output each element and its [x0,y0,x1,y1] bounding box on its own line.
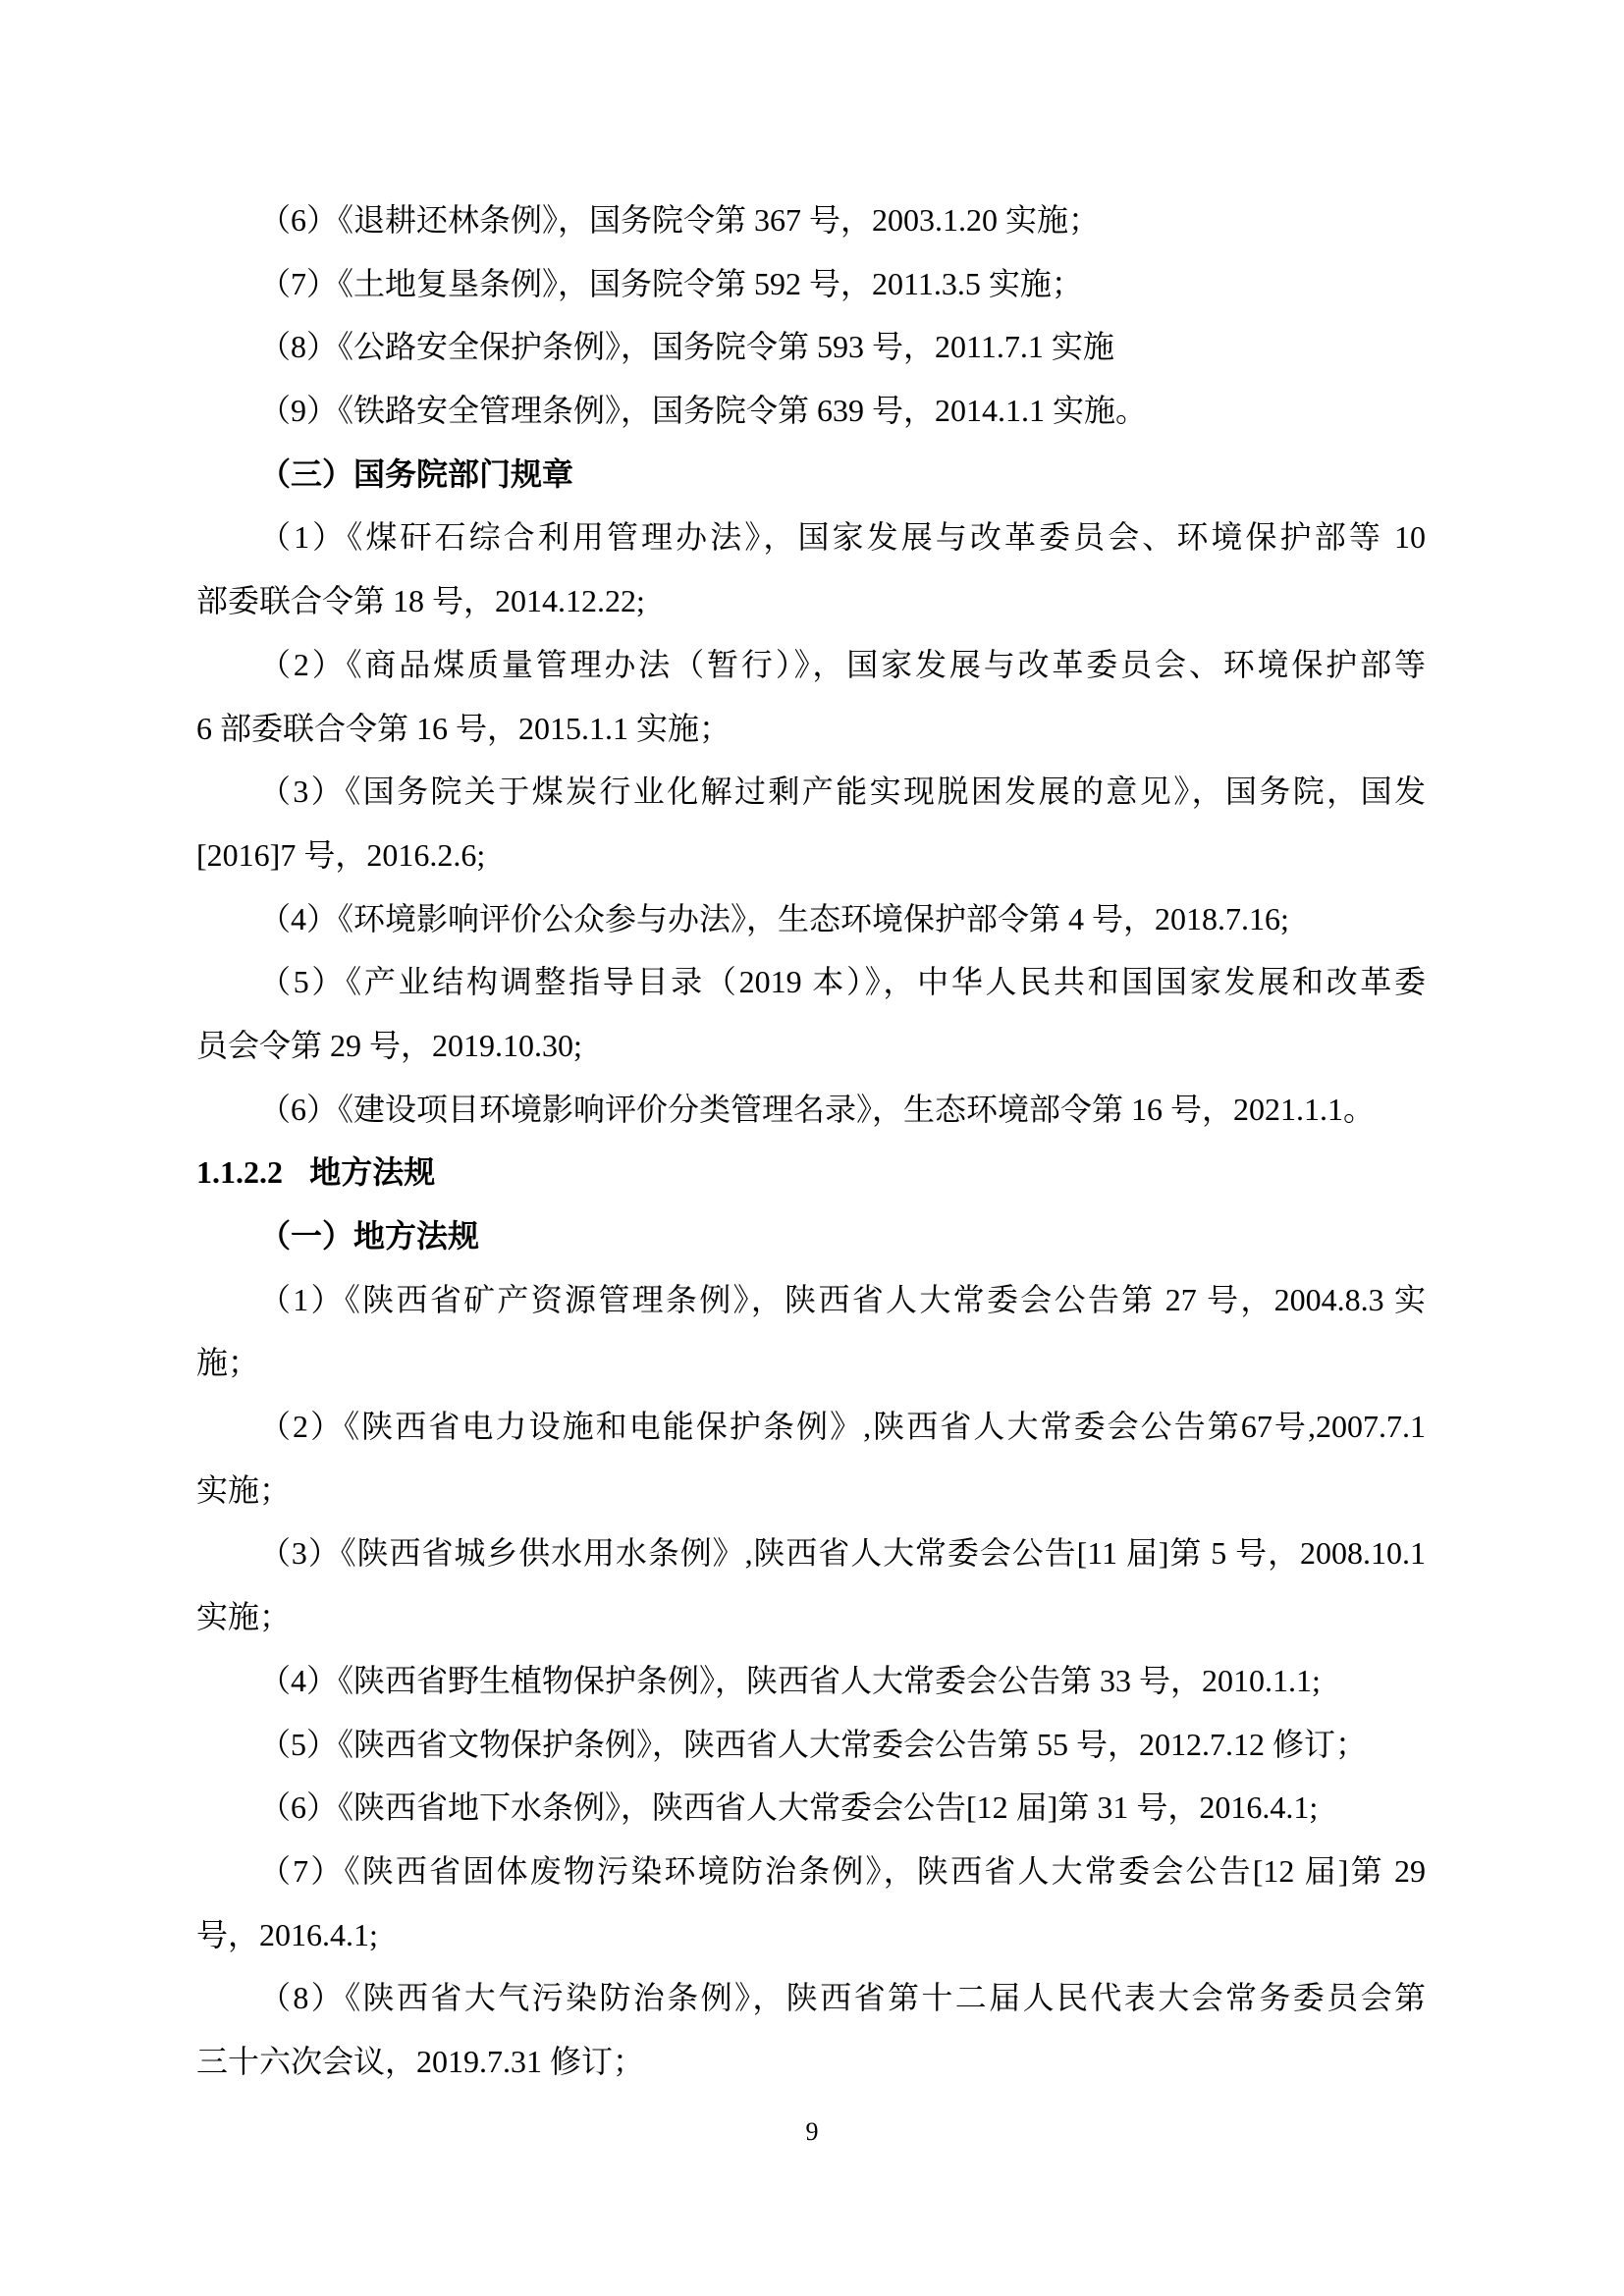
regulation-line: （7）《土地复垦条例》，国务院令第 592 号，2011.3.5 实施； [196,252,1426,316]
continuation-line: 实施； [196,1585,1426,1649]
continuation-line: 施； [196,1331,1426,1395]
continuation-line: 号，2016.4.1; [196,1903,1426,1967]
regulation-line: （2）《商品煤质量管理办法（暂行）》，国家发展与改革委员会、环境保护部等 [196,633,1426,697]
regulation-line: （6）《建设项目环境影响评价分类管理名录》，生态环境部令第 16 号，2021.… [196,1078,1426,1142]
continuation-line: [2016]7 号，2016.2.6; [196,824,1426,887]
regulation-line: （4）《陕西省野生植物保护条例》，陕西省人大常委会公告第 33 号，2010.1… [196,1649,1426,1713]
regulation-line: （3）《国务院关于煤炭行业化解过剩产能实现脱困发展的意见》，国务院，国发 [196,760,1426,824]
continuation-line: 实施； [196,1459,1426,1522]
document-body: （6）《退耕还林条例》，国务院令第 367 号，2003.1.20 实施； （7… [196,188,1426,2094]
heading-section-label: 地方法规 [309,1154,435,1190]
continuation-line: 部委联合令第 18 号，2014.12.22; [196,569,1426,633]
regulation-line: （1）《煤矸石综合利用管理办法》，国家发展与改革委员会、环境保护部等 10 [196,506,1426,569]
continuation-line: 员会令第 29 号，2019.10.30; [196,1014,1426,1078]
regulation-line: （5）《陕西省文物保护条例》，陕西省人大常委会公告第 55 号，2012.7.1… [196,1713,1426,1777]
continuation-line: 三十六次会议，2019.7.31 修订； [196,2030,1426,2094]
document-page: （6）《退耕还林条例》，国务院令第 367 号，2003.1.20 实施； （7… [0,0,1624,2296]
regulation-line: （2）《陕西省电力设施和电能保护条例》,陕西省人大常委会公告第67号,2007.… [196,1395,1426,1459]
regulation-line: （9）《铁路安全管理条例》，国务院令第 639 号，2014.1.1 实施。 [196,379,1426,443]
regulation-line: （7）《陕西省固体废物污染环境防治条例》，陕西省人大常委会公告[12 届]第 2… [196,1840,1426,1903]
regulation-line: （8）《公路安全保护条例》，国务院令第 593 号，2011.7.1 实施 [196,315,1426,379]
regulation-line: （3）《陕西省城乡供水用水条例》,陕西省人大常委会公告[11 届]第 5 号，2… [196,1522,1426,1585]
regulation-line: （8）《陕西省大气污染防治条例》，陕西省第十二届人民代表大会常务委员会第 [196,1966,1426,2030]
regulation-line: （4）《环境影响评价公众参与办法》，生态环境保护部令第 4 号，2018.7.1… [196,887,1426,951]
regulation-line: （6）《陕西省地下水条例》，陕西省人大常委会公告[12 届]第 31 号，201… [196,1776,1426,1840]
heading-1122-local-regulations: 1.1.2.2地方法规 [196,1141,1426,1204]
heading-local-regulations-sub: （一）地方法规 [196,1204,1426,1268]
heading-section-number: 1.1.2.2 [196,1154,283,1190]
continuation-line: 6 部委联合令第 16 号，2015.1.1 实施； [196,697,1426,761]
heading-state-council-department-rules: （三）国务院部门规章 [196,443,1426,507]
regulation-line: （6）《退耕还林条例》，国务院令第 367 号，2003.1.20 实施； [196,188,1426,252]
regulation-line: （5）《产业结构调整指导目录（2019 本）》，中华人民共和国国家发展和改革委 [196,950,1426,1014]
regulation-line: （1）《陕西省矿产资源管理条例》，陕西省人大常委会公告第 27 号，2004.8… [196,1268,1426,1332]
page-number: 9 [0,2107,1624,2158]
